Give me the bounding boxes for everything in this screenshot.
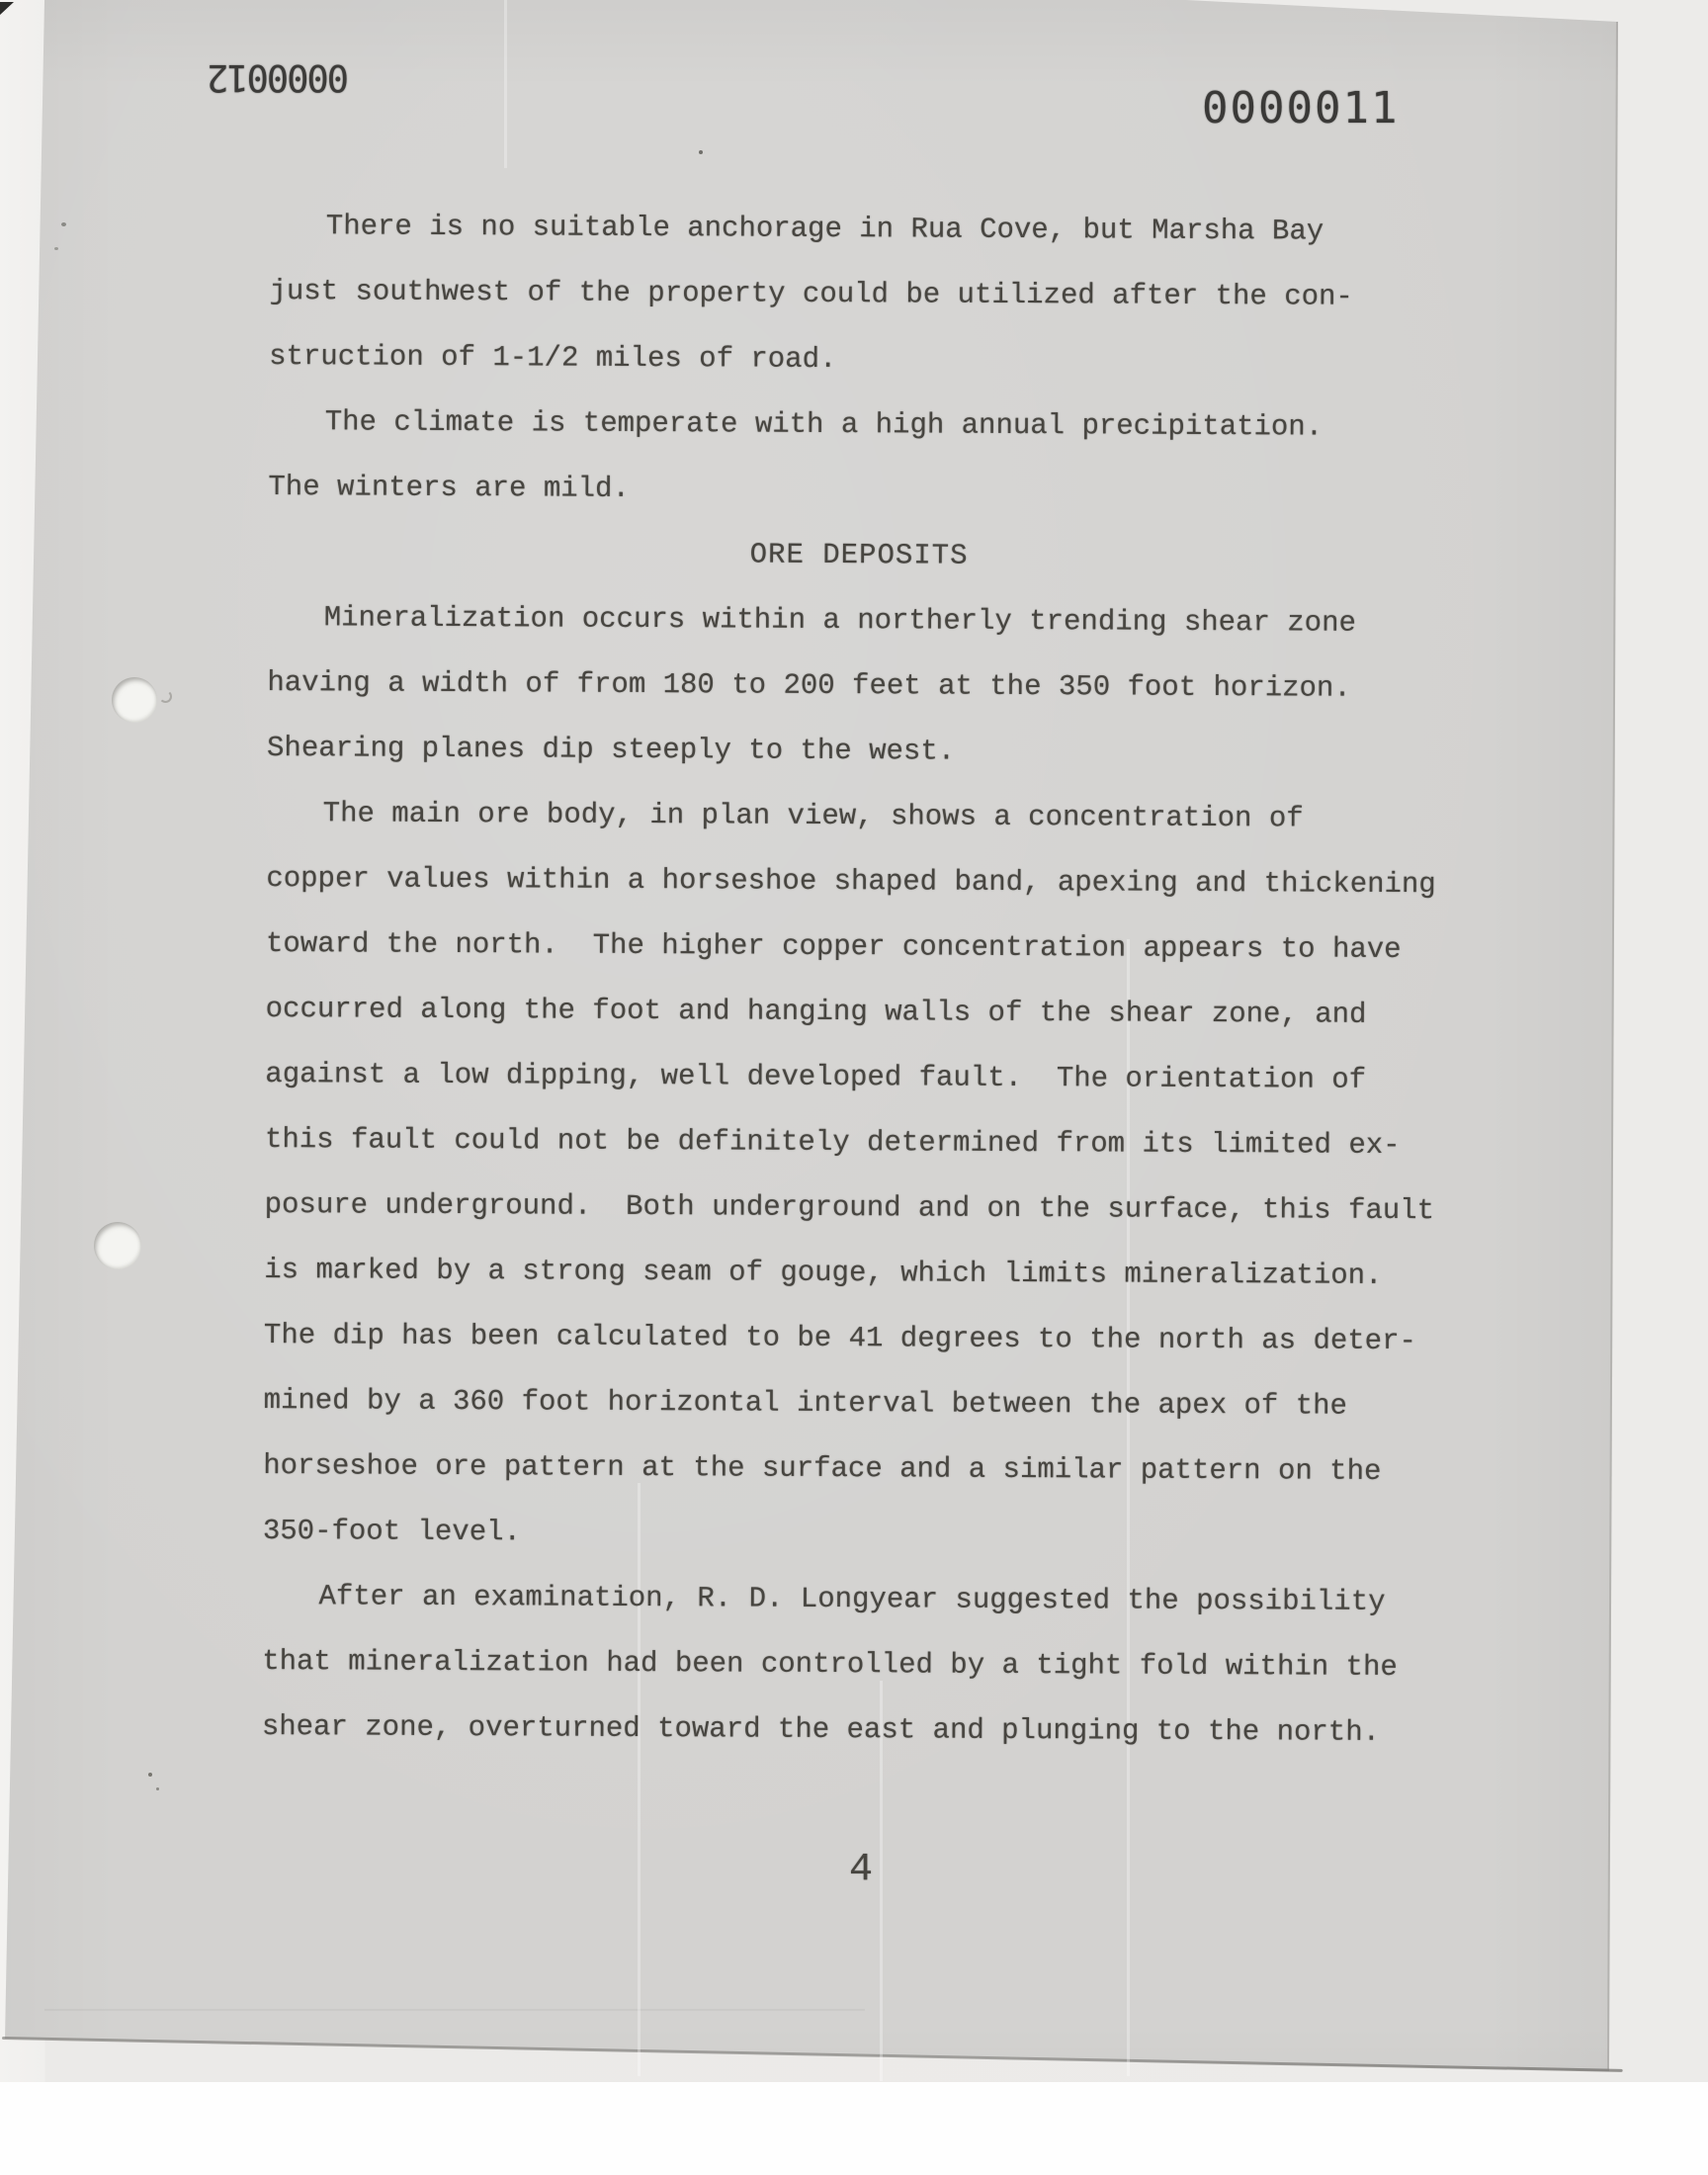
scan-speck <box>699 150 703 154</box>
typewritten-line: There is no suitable anchorage in Rua Co… <box>270 194 1452 265</box>
typewritten-line: against a low dipping, well developed fa… <box>265 1042 1447 1113</box>
typewritten-line: 350-foot level. <box>263 1499 1445 1570</box>
typewritten-line: shear zone, overturned toward the east a… <box>262 1695 1444 1766</box>
scan-speck <box>54 247 58 250</box>
typewritten-line: After an examination, R. D. Longyear sug… <box>262 1564 1444 1635</box>
scanned-document-page: 0000012 0000011 There is no suitable anc… <box>0 0 1708 2175</box>
scan-speck <box>148 1773 152 1777</box>
typewritten-line: horseshoe ore pattern at the surface and… <box>263 1434 1445 1505</box>
typewritten-line: Mineralization occurs within a northerly… <box>268 585 1450 656</box>
typewritten-line: posure underground. Both underground and… <box>264 1173 1446 1244</box>
typewritten-line: toward the north. The higher copper conc… <box>266 912 1448 983</box>
typewritten-line: Shearing planes dip steeply to the west. <box>267 716 1449 787</box>
scan-speck <box>156 1787 159 1790</box>
stamp-number: 0000011 <box>1202 83 1419 138</box>
section-heading: ORE DEPOSITS <box>268 520 1450 591</box>
typewritten-line: just southwest of the property could be … <box>269 259 1451 330</box>
typewritten-line: occurred along the foot and hanging wall… <box>266 977 1448 1048</box>
typewritten-text-block: There is no suitable anchorage in Rua Co… <box>262 194 1452 1766</box>
typewritten-line: The climate is temperate with a high ann… <box>269 390 1451 461</box>
scan-speck <box>61 222 66 226</box>
typewritten-line: this fault could not be definitely deter… <box>265 1107 1447 1178</box>
scan-speck <box>159 690 172 703</box>
scan-streak <box>504 0 507 168</box>
stamp-number-upside-down: 0000012 <box>211 47 349 99</box>
page-number: 4 <box>270 1851 1452 1890</box>
typewritten-line: copper values within a horseshoe shaped … <box>266 846 1448 917</box>
typewritten-line: The dip has been calculated to be 41 deg… <box>264 1303 1446 1374</box>
typewritten-line: The winters are mild. <box>268 455 1450 526</box>
typewritten-line: The main ore body, in plan view, shows a… <box>267 781 1449 852</box>
scanner-background-white <box>0 2082 1708 2175</box>
punch-hole-top <box>112 677 157 723</box>
typewritten-line: having a width of from 180 to 200 feet a… <box>267 651 1449 722</box>
typewritten-line: that mineralization had been controlled … <box>262 1629 1444 1700</box>
typewritten-line: is marked by a strong seam of gouge, whi… <box>264 1238 1446 1309</box>
paper-crease <box>44 2009 865 2011</box>
punch-hole-bottom <box>94 1222 141 1269</box>
typewritten-line: struction of 1-1/2 miles of road. <box>269 324 1451 395</box>
typewritten-line: mined by a 360 foot horizontal interval … <box>263 1368 1445 1439</box>
